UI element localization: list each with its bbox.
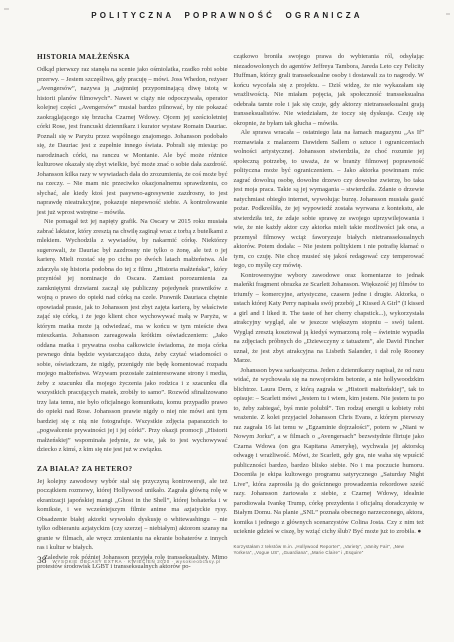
article-paragraph: Kontrowersyjne wybory zawodowe oraz kome… <box>234 271 425 366</box>
page-title: POLITYCZNA POPRAWNOŚĆ OGRANICZA <box>0 11 454 20</box>
section-heading-too-white-too-hetero: ZA BIAŁA? ZA HETERO? <box>37 464 228 474</box>
page-number: 38 <box>37 556 47 566</box>
article-paragraph: Ale sprawa wracała – ostatniego lata na … <box>234 128 425 271</box>
magazine-page: POLITYCZNA POPRAWNOŚĆ OGRANICZA HISTORIA… <box>0 0 454 642</box>
article-paragraph: Jej kolejny zawodowy wybór stał się przy… <box>37 477 228 553</box>
article-body: HISTORIA MAŁŻEŃSKA Odkąd pierwszy raz st… <box>37 52 424 572</box>
article-paragraph: Odkąd pierwszy raz stanęła na scenie jak… <box>37 65 228 217</box>
left-column: HISTORIA MAŁŻEŃSKA Odkąd pierwszy raz st… <box>37 52 228 572</box>
right-column: czątkowo broniła swojego prawa do wybier… <box>234 52 425 572</box>
page-footer: 38 WYSOKIE OBCASY EXTRA · KWIECIEŃ 2020 … <box>37 556 221 566</box>
footer-magazine-info: WYSOKIE OBCASY EXTRA · KWIECIEŃ 2020 · w… <box>53 559 221 564</box>
scan-artifact <box>4 8 9 10</box>
section-heading-marriage-story: HISTORIA MAŁŻEŃSKA <box>37 52 228 62</box>
article-paragraph-with-end-mark: Johansson bywa sarkastyczna. Jeden z dzi… <box>234 366 425 537</box>
sources-footnote: Korzystałam z tekstów m.in. „Hollywood R… <box>234 544 425 557</box>
article-paragraph: czątkowo broniła swojego prawa do wybier… <box>234 52 425 128</box>
article-paragraph: Nie pomagał też jej napięty grafik. Na O… <box>37 217 228 455</box>
